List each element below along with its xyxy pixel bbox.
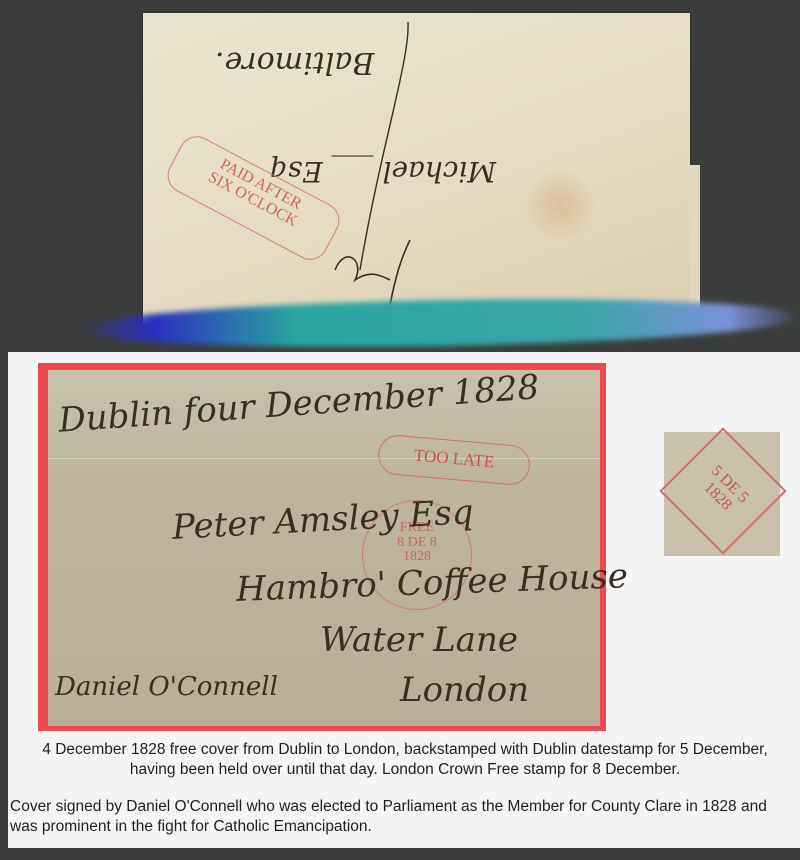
pen-stroke-icon — [300, 20, 460, 310]
caption-paragraph-2: Cover signed by Daniel O'Connell who was… — [10, 797, 795, 837]
free-stamp-line2: 8 DE 8 — [363, 536, 471, 551]
top-cover-flap — [690, 165, 700, 323]
caption-paragraph-1: 4 December 1828 free cover from Dublin t… — [20, 740, 790, 780]
stain — [520, 170, 600, 240]
daniel-oconnell-signature: Daniel O'Connell — [55, 672, 278, 702]
address-line4: London — [400, 670, 529, 710]
address-line3: Water Lane — [320, 620, 518, 660]
